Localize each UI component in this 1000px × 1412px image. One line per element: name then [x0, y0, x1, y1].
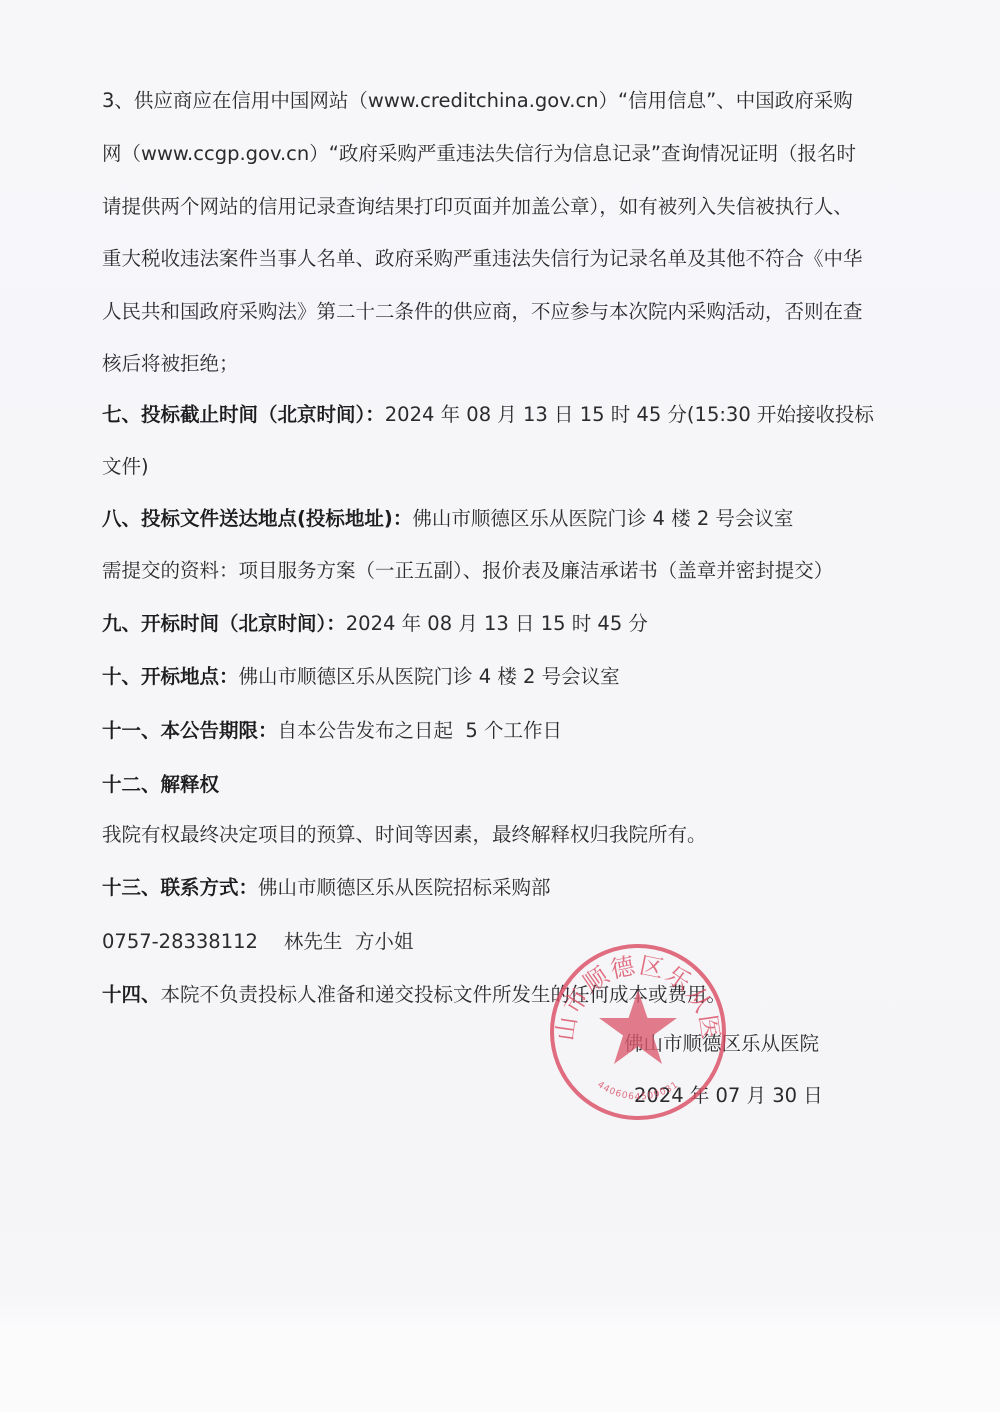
section-13-contact: 0757-28338112林先生 方小姐	[102, 929, 413, 955]
section-10: 十、开标地点：佛山市顺德区乐从医院门诊 4 楼 2 号会议室	[102, 664, 620, 690]
paragraph-3-line-4: 重大税收违法案件当事人名单、政府采购严重违法失信行为记录名单及其他不符合《中华	[102, 246, 863, 272]
section-8-materials: 需提交的资料：项目服务方案（一正五副）、报价表及廉洁承诺书（盖章并密封提交）	[102, 558, 833, 584]
paragraph-3-line-6: 核后将被拒绝；	[102, 351, 239, 377]
section-12: 十二、解释权	[102, 772, 219, 798]
section-7: 七、投标截止时间（北京时间）：2024 年 08 月 13 日 15 时 45 …	[102, 402, 874, 428]
section-12-heading: 十二、解释权	[102, 773, 219, 796]
section-9-text: 2024 年 08 月 13 日 15 时 45 分	[346, 612, 648, 635]
paragraph-3-line-1: 3、供应商应在信用中国网站（www.creditchina.gov.cn）“信用…	[102, 88, 853, 114]
document-page: 3、供应商应在信用中国网站（www.creditchina.gov.cn）“信用…	[0, 0, 1000, 1412]
paragraph-3-line-3: 请提供两个网站的信用记录查询结果打印页面并加盖公章），如有被列入失信被执行人、	[102, 194, 853, 220]
section-14-text: 本院不负责投标人准备和递交投标文件所发生的任何成本或费用。	[161, 983, 727, 1006]
section-10-text: 佛山市顺德区乐从医院门诊 4 楼 2 号会议室	[239, 665, 620, 688]
section-14-heading: 十四、	[102, 983, 161, 1006]
section-10-heading: 十、开标地点：	[102, 665, 239, 688]
section-7-text: 2024 年 08 月 13 日 15 时 45 分(15:30 开始接收投标	[385, 403, 874, 426]
section-7-heading: 七、投标截止时间（北京时间）：	[102, 403, 385, 426]
section-11-text: 自本公告发布之日起 5 个工作日	[278, 719, 563, 742]
section-8-heading: 八、投标文件送达地点(投标地址)：	[102, 507, 412, 530]
section-8-text: 佛山市顺德区乐从医院门诊 4 楼 2 号会议室	[412, 507, 793, 530]
section-14: 十四、本院不负责投标人准备和递交投标文件所发生的任何成本或费用。	[102, 982, 726, 1008]
section-13-heading: 十三、联系方式：	[102, 876, 258, 899]
signature-date: 2024 年 07 月 30 日	[634, 1083, 823, 1109]
section-13-text: 佛山市顺德区乐从医院招标采购部	[258, 876, 551, 899]
paragraph-3-line-5: 人民共和国政府采购法》第二十二条件的供应商，不应参与本次院内采购活动，否则在查	[102, 299, 863, 325]
section-9-heading: 九、开标时间（北京时间）：	[102, 612, 346, 635]
section-11: 十一、本公告期限：自本公告发布之日起 5 个工作日	[102, 718, 562, 744]
section-11-heading: 十一、本公告期限：	[102, 719, 278, 742]
section-9: 九、开标时间（北京时间）：2024 年 08 月 13 日 15 时 45 分	[102, 611, 648, 637]
section-13: 十三、联系方式：佛山市顺德区乐从医院招标采购部	[102, 875, 551, 901]
contact-phone: 0757-28338112	[102, 930, 258, 953]
section-12-text: 我院有权最终决定项目的预算、时间等因素，最终解释权归我院所有。	[102, 822, 707, 848]
paragraph-3-line-2: 网（www.ccgp.gov.cn）“政府采购严重违法失信行为信息记录”查询情况…	[102, 141, 856, 167]
signature-organization: 佛山市顺德区乐从医院	[624, 1031, 819, 1057]
section-8: 八、投标文件送达地点(投标地址)：佛山市顺德区乐从医院门诊 4 楼 2 号会议室	[102, 506, 793, 532]
section-7-continuation: 文件)	[102, 454, 149, 480]
contact-persons: 林先生 方小姐	[284, 930, 413, 953]
